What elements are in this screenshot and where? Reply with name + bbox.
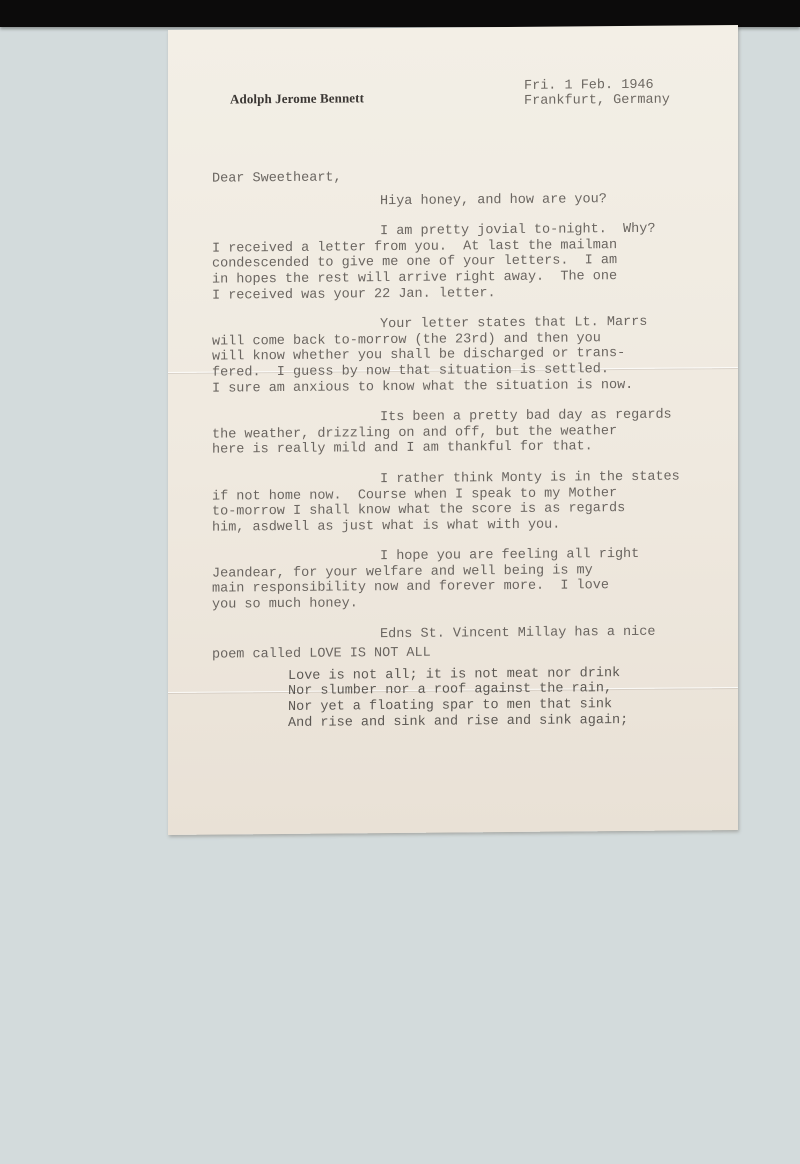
poem-line: And rise and sink and rise and sink agai… — [288, 712, 732, 731]
text-line: poem called LOVE IS NOT ALL — [212, 643, 732, 663]
paragraph-millay: Edns St. Vincent Millay has a nice poem … — [212, 624, 732, 664]
paragraph-monty: I rather think Monty is in the states if… — [212, 469, 732, 536]
scanner-top-band — [0, 0, 800, 27]
letter-page: Adolph Jerome Bennett Fri. 1 Feb. 1946Fr… — [168, 25, 738, 835]
paragraph-lt-marrs: Your letter states that Lt. Marrs will c… — [212, 314, 732, 397]
poem-excerpt: Love is not all; it is not meat nor drin… — [212, 665, 732, 732]
paragraph-received-letter: I am pretty jovial to-night. Why? I rece… — [212, 221, 732, 304]
text-line: here is really mild and I am thankful fo… — [212, 438, 732, 458]
text-line: Edns St. Vincent Millay has a nice — [212, 624, 732, 644]
date: Fri. 1 Feb. 1946 — [524, 78, 670, 94]
text-line: Hiya honey, and how are you? — [212, 191, 732, 211]
paragraph-feeling: I hope you are feeling all right Jeandea… — [212, 546, 732, 613]
letter-body: Dear Sweetheart, Hiya honey, and how are… — [212, 167, 732, 732]
salutation: Dear Sweetheart, — [212, 167, 732, 187]
text-line: you so much honey. — [212, 593, 732, 613]
dateline: Fri. 1 Feb. 1946Frankfurt, Germany — [524, 78, 670, 109]
letterhead-name: Adolph Jerome Bennett — [230, 90, 364, 107]
paragraph-greeting: Hiya honey, and how are you? — [212, 191, 732, 211]
place: Frankfurt, Germany — [524, 93, 670, 109]
paragraph-weather: Its been a pretty bad day as regards the… — [212, 407, 732, 458]
